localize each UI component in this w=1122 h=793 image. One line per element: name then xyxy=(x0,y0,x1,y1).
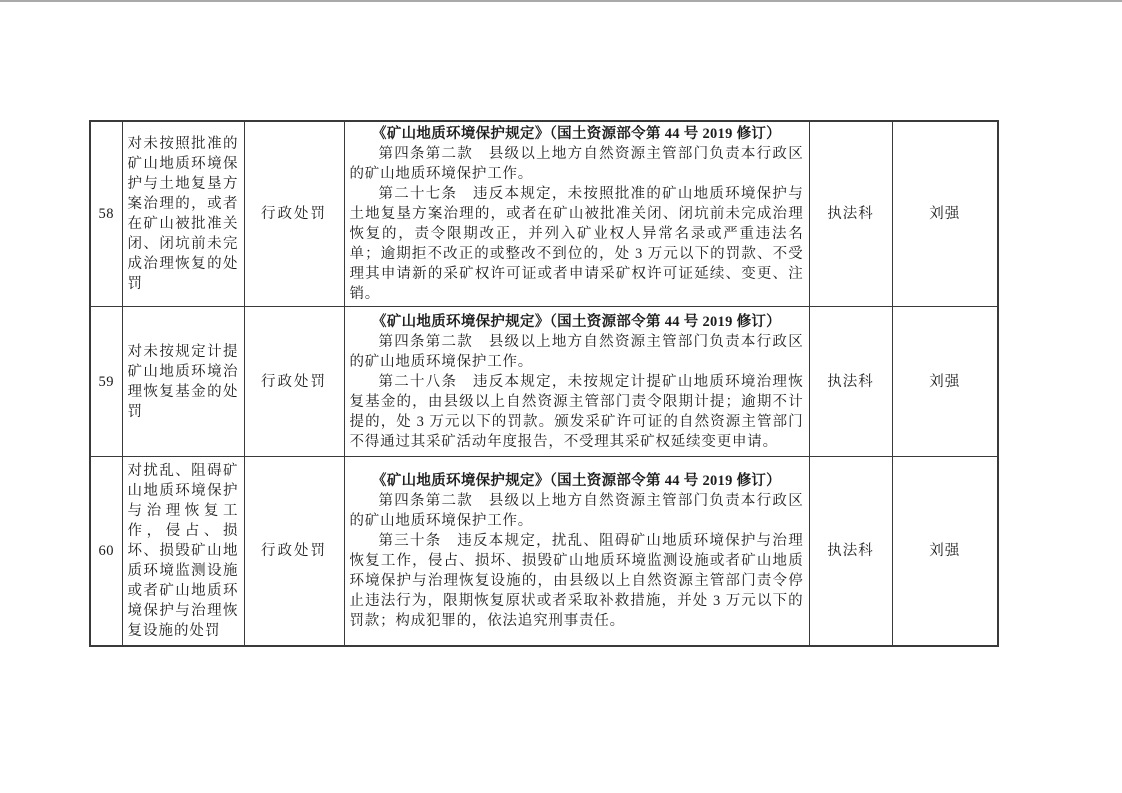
legal-basis-paragraph: 第二十八条 违反本规定，未按规定计提矿山地质环境治理恢复基金的，由县级以上自然资… xyxy=(350,372,804,452)
page-top-border xyxy=(0,0,1122,2)
document-page: 58 对未按照批准的矿山地质环境保护与土地复垦方案治理的，或者在矿山被批准关闭、… xyxy=(0,0,1122,793)
legal-basis-paragraph: 第四条第二款 县级以上地方自然资源主管部门负责本行政区的矿山地质环境保护工作。 xyxy=(350,491,804,531)
table-row-60: 60 对扰乱、阻碍矿山地质环境保护与治理恢复工作，侵占、损坏、损毁矿山地质环境监… xyxy=(90,457,998,646)
penalty-type-cell: 行政处罚 xyxy=(244,457,344,646)
penalty-item-cell: 对未按规定计提矿山地质环境治理恢复基金的处罚 xyxy=(122,307,244,457)
legal-basis-paragraph: 第四条第二款 县级以上地方自然资源主管部门负责本行政区的矿山地质环境保护工作。 xyxy=(350,144,804,184)
responsible-person-cell: 刘强 xyxy=(892,121,998,307)
department-cell: 执法科 xyxy=(809,307,892,457)
row-number-cell: 59 xyxy=(90,307,122,457)
legal-basis-paragraph: 第二十七条 违反本规定，未按照批准的矿山地质环境保护与土地复垦方案治理的，或者在… xyxy=(350,184,804,304)
legal-basis-cell: 《矿山地质环境保护规定》（国土资源部令第 44 号 2019 修订） 第四条第二… xyxy=(344,457,809,646)
penalty-item-cell: 对未按照批准的矿山地质环境保护与土地复垦方案治理的，或者在矿山被批准关闭、闭坑前… xyxy=(122,121,244,307)
table-row-58: 58 对未按照批准的矿山地质环境保护与土地复垦方案治理的，或者在矿山被批准关闭、… xyxy=(90,121,998,307)
row-number-cell: 58 xyxy=(90,121,122,307)
penalty-type-cell: 行政处罚 xyxy=(244,121,344,307)
legal-basis-cell: 《矿山地质环境保护规定》（国土资源部令第 44 号 2019 修订） 第四条第二… xyxy=(344,121,809,307)
legal-basis-cell: 《矿山地质环境保护规定》（国土资源部令第 44 号 2019 修订） 第四条第二… xyxy=(344,307,809,457)
department-cell: 执法科 xyxy=(809,121,892,307)
legal-basis-title: 《矿山地质环境保护规定》（国土资源部令第 44 号 2019 修订） xyxy=(350,124,804,144)
department-cell: 执法科 xyxy=(809,457,892,646)
penalty-table: 58 对未按照批准的矿山地质环境保护与土地复垦方案治理的，或者在矿山被批准关闭、… xyxy=(89,120,999,647)
legal-basis-paragraph: 第三十条 违反本规定，扰乱、阻碍矿山地质环境保护与治理恢复工作，侵占、损坏、损毁… xyxy=(350,531,804,631)
legal-basis-title: 《矿山地质环境保护规定》（国土资源部令第 44 号 2019 修订） xyxy=(350,312,804,332)
row-number-cell: 60 xyxy=(90,457,122,646)
penalty-type-cell: 行政处罚 xyxy=(244,307,344,457)
responsible-person-cell: 刘强 xyxy=(892,307,998,457)
responsible-person-cell: 刘强 xyxy=(892,457,998,646)
penalty-item-cell: 对扰乱、阻碍矿山地质环境保护与治理恢复工作，侵占、损坏、损毁矿山地质环境监测设施… xyxy=(122,457,244,646)
table-row-59: 59 对未按规定计提矿山地质环境治理恢复基金的处罚 行政处罚 《矿山地质环境保护… xyxy=(90,307,998,457)
legal-basis-title: 《矿山地质环境保护规定》（国土资源部令第 44 号 2019 修订） xyxy=(350,471,804,491)
legal-basis-paragraph: 第四条第二款 县级以上地方自然资源主管部门负责本行政区的矿山地质环境保护工作。 xyxy=(350,332,804,372)
